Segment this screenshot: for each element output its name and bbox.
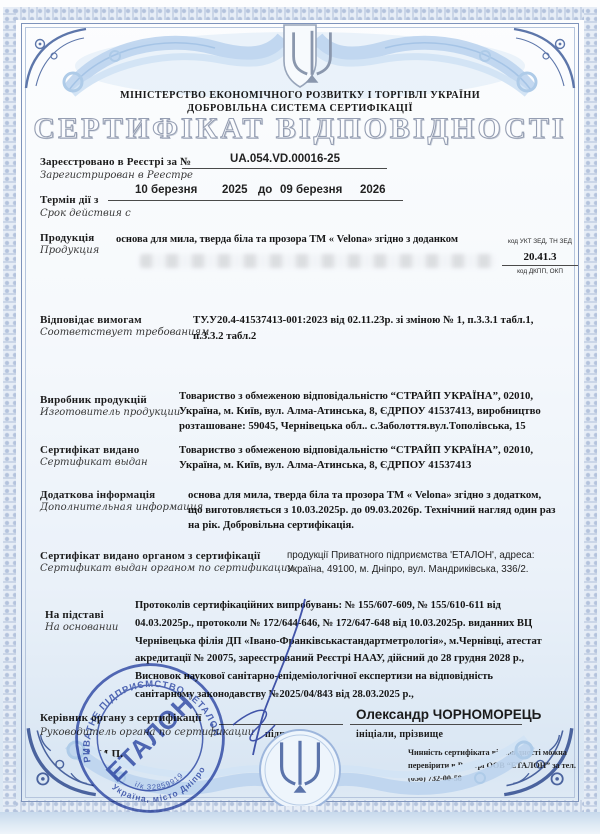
ministry-line: МІНІСТЕРСТВО ЕКОНОМІЧНОГО РОЗВИТКУ І ТОР… [0, 90, 600, 101]
validity-underline [108, 200, 403, 201]
valid-from-year: 2025 [222, 184, 248, 196]
product-value: основа для мила, тверда біла та прозора … [116, 232, 500, 247]
issued-by-value: продукції Приватного підприємства 'ЕТАЛО… [287, 549, 569, 576]
code-value: 20.41.3 [502, 251, 578, 266]
signature-stroke [225, 595, 325, 770]
basis-label-ru: На основании [45, 622, 118, 634]
additional-value: основа для мила, тверда біла та прозора … [188, 488, 556, 533]
etalon-stamp: ПРИВАТНЕ ПІДПРИЄМСТВО «ЕТАЛОН» Україна, … [55, 643, 245, 833]
faded-text-artifact [140, 254, 495, 268]
validity-label-ru: Срок действия с [40, 208, 131, 220]
issued-by-label-ru: Сертификат выдан органом по сертификации [40, 563, 300, 575]
registered-label-ua: Зареєстровано в Реєстрі за № [40, 156, 191, 169]
certificate-title: СЕРТИФІКАТ ВІДПОВІДНОСТІ [0, 112, 600, 146]
basis-label-ua: На підставі [45, 609, 104, 622]
issued-by-label-ua: Сертифікат видано органом з сертифікації [40, 550, 290, 563]
requirements-label-ru: Соответствует требованиям [40, 327, 209, 339]
additional-label-ua: Додаткова інформація [40, 489, 155, 502]
product-label-ru: Продукция [40, 245, 99, 257]
code-ukt-zed-label: код УКТ ЗЕД, ТН ЗЕД [502, 238, 578, 245]
requirements-value: ТУ.У20.4-41537413-001:2023 від 02.11.23р… [193, 312, 548, 344]
manufacturer-value: Товариство з обмеженою відповідальністю … [179, 389, 561, 434]
validity-label-ua: Термін дії з [40, 194, 99, 207]
name-underline [350, 724, 522, 725]
stamp-center-text: ЕТАЛОН [101, 689, 199, 787]
issued-to-value: Товариство з обмеженою відповідальністю … [179, 443, 557, 473]
product-label-ua: Продукція [40, 232, 94, 245]
valid-to-day: 09 березня [280, 184, 342, 196]
product-codes: код УКТ ЗЕД, ТН ЗЕД 20.41.3 код ДКПП, ОК… [502, 238, 578, 275]
registered-label-ru: Зарегистрирован в Реестре [40, 170, 193, 182]
manufacturer-label-ua: Виробник продукцій [40, 394, 147, 407]
issued-to-label-ua: Сертифікат видано [40, 444, 139, 457]
head-name: Олександр ЧОРНОМОРЕЦЬ [356, 707, 541, 722]
valid-from-day: 10 березня [135, 184, 197, 196]
code-dkpp-label: код ДКПП, ОКП [502, 268, 578, 275]
certificate-page: МІНІСТЕРСТВО ЕКОНОМІЧНОГО РОЗВИТКУ І ТОР… [0, 0, 600, 834]
valid-to-year: 2026 [360, 184, 386, 196]
valid-to-word: до [258, 184, 272, 196]
manufacturer-label-ru: Изготовитель продукции [40, 407, 180, 419]
issued-to-label-ru: Сертификат выдан [40, 457, 148, 469]
registry-number: UA.054.VD.00016-25 [185, 153, 385, 165]
requirements-label-ua: Відповідає вимогам [40, 314, 142, 327]
registry-underline [182, 168, 387, 169]
additional-label-ru: Дополнительная информация [40, 502, 203, 514]
